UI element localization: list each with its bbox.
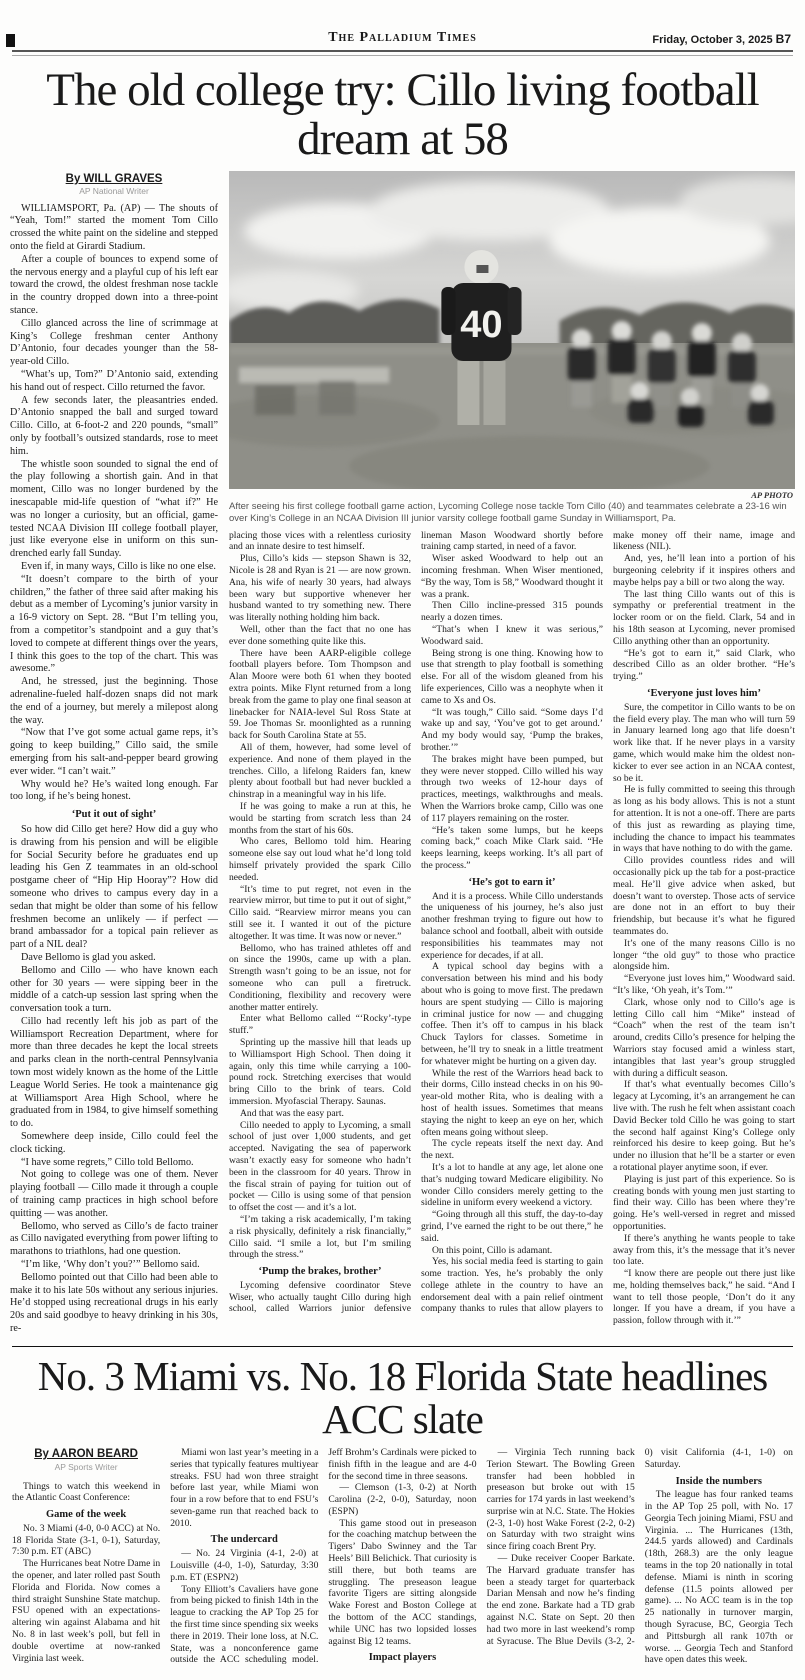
paragraph: The Hurricanes beat Notre Dame in the op…: [12, 1558, 160, 1664]
article1-byline: By WILL GRAVES: [10, 173, 218, 185]
section-subhead: The undercard: [170, 1534, 318, 1546]
article2-byline: By AARON BEARD: [12, 1449, 160, 1461]
paragraph: The whistle soon sounded to signal the e…: [10, 459, 218, 561]
paragraph: Cillo needed to apply to Lycoming, a sma…: [229, 1120, 411, 1214]
paragraph: This game stood out in preseason for the…: [328, 1518, 476, 1648]
photo-credit: AP PHOTO: [229, 490, 793, 500]
paragraph: The brakes might have been pumped, but t…: [421, 754, 603, 825]
paragraph: Somewhere deep inside, Cillo could feel …: [10, 1131, 218, 1157]
paragraph: A typical school day begins with a conve…: [421, 961, 603, 1067]
paragraph: Miami won last year’s meeting in a serie…: [170, 1447, 318, 1530]
paragraph: Well, other than the fact that no one ha…: [229, 624, 411, 648]
scan-mark: [6, 34, 15, 47]
paragraph: “What’s up, Tom?” D’Antonio said, extend…: [10, 369, 218, 395]
paragraph: Playing is just part of this experience.…: [613, 1174, 795, 1233]
paragraph: The last thing Cillo wants out of this i…: [613, 589, 795, 648]
article1-byline-role: AP National Writer: [10, 186, 218, 196]
paragraph: Clark, whose only nod to Cillo’s age is …: [613, 997, 795, 1080]
svg-text:40: 40: [460, 304, 502, 346]
paragraph: The cycle repeats itself the next day. A…: [421, 1138, 603, 1162]
paragraph: placing those vices with a relentless cu…: [229, 530, 411, 554]
paragraph: He is fully committed to seeing this thr…: [613, 784, 795, 855]
paragraph: Bellomo, who served as Cillo’s de facto …: [10, 1221, 218, 1259]
paragraph: Bellomo, who has trained athletes off an…: [229, 943, 411, 1014]
section-subhead: Game of the week: [12, 1509, 160, 1521]
paragraph: All of them, however, had some level of …: [229, 742, 411, 801]
paragraph: So how did Cillo get here? How did a guy…: [10, 824, 218, 952]
paragraph: “It’s time to put regret, not even in th…: [229, 884, 411, 943]
paragraph: Dave Bellomo is glad you asked.: [10, 952, 218, 965]
paragraph: While the rest of the Warriors head back…: [421, 1068, 603, 1139]
paragraph: If there’s anything he wants people to t…: [613, 1233, 795, 1268]
paragraph: Who cares, Bellomo told him. Hearing som…: [229, 836, 411, 883]
section-subhead: Impact players: [328, 1652, 476, 1664]
article1-first-column-text: WILLIAMSPORT, Pa. (AP) — The shouts of “…: [10, 203, 218, 1336]
paragraph: “I know there are people out there just …: [613, 1268, 795, 1327]
article-photo: 40: [229, 171, 795, 489]
paragraph: On this point, Cillo is adamant.: [421, 1245, 603, 1257]
paragraph: Wiser asked Woodward to help out an inco…: [421, 553, 603, 600]
article1-body: By WILL GRAVES AP National Writer WILLIA…: [10, 171, 795, 1336]
paragraph: If that’s what eventually becomes Cillo’…: [613, 1079, 795, 1173]
paragraph: Cillo provides countless rides and will …: [613, 855, 795, 938]
newspaper-title: The Palladium Times: [328, 30, 477, 46]
paragraph: It’s one of the many reasons Cillo is no…: [613, 938, 795, 973]
paragraph: And it is a process. While Cillo underst…: [421, 891, 603, 962]
paragraph: There have been AARP-eligible college fo…: [229, 648, 411, 742]
article2-body-text: Things to watch this weekend in the Atla…: [12, 1447, 793, 1666]
paragraph: It’s a lot to handle at any age, let alo…: [421, 1162, 603, 1209]
teammate: [568, 329, 596, 407]
paragraph: “Everyone just loves him,” Woodward said…: [613, 973, 795, 997]
article2-flow-columns: By AARON BEARD AP Sports Writer Things t…: [10, 1447, 795, 1666]
issue-date: Friday, October 3, 2025: [652, 34, 772, 46]
paragraph: “That’s when I knew it was serious,” Woo…: [421, 624, 603, 648]
section-subhead: ‘Put it out of sight’: [10, 809, 218, 822]
newspaper-page: The Palladium Times Friday, October 3, 2…: [0, 0, 805, 1680]
paragraph: The league has four ranked teams in the …: [645, 1489, 793, 1666]
paragraph: Then Cillo incline-pressed 315 pounds ne…: [421, 600, 603, 624]
article1-flow-columns: placing those vices with a relentless cu…: [229, 530, 795, 1327]
article-cillo: The old college try: Cillo living footba…: [10, 66, 795, 1336]
paragraph: Why would he? He’s waited long enough. F…: [10, 779, 218, 805]
paragraph: Plus, Cillo’s kids — stepson Shawn is 32…: [229, 553, 411, 624]
masthead: The Palladium Times Friday, October 3, 2…: [10, 30, 795, 50]
paragraph: “I’m taking a risk academically, I’m tak…: [229, 1214, 411, 1261]
paragraph: Being strong is one thing. Knowing how t…: [421, 648, 603, 707]
section-subhead: Inside the numbers: [645, 1476, 793, 1488]
paragraph: “I’m like, ‘Why don’t you?’” Bellomo sai…: [10, 1259, 218, 1272]
paragraph: Enter what Bellomo called “‘Rocky’-type …: [229, 1013, 411, 1037]
paragraph: Bellomo pointed out that Cillo had been …: [10, 1272, 218, 1336]
section-subhead: ‘Pump the brakes, brother’: [229, 1266, 411, 1278]
paragraph: Bellomo and Cillo — who have known each …: [10, 965, 218, 1016]
masthead-date: Friday, October 3, 2025 B7: [477, 32, 791, 46]
paragraph: After a couple of bounces to expend some…: [10, 254, 218, 318]
teammate: [648, 331, 676, 407]
paragraph: And, he stressed, just the beginning. Th…: [10, 676, 218, 727]
paragraph: “He’s got to earn it,” said Clark, who d…: [613, 648, 795, 683]
paragraph: A few seconds later, the pleasantries en…: [10, 395, 218, 459]
paragraph: “Going through all this stuff, the day-t…: [421, 1209, 603, 1244]
paragraph: And that was the easy part.: [229, 1108, 411, 1120]
paragraph: “I have some regrets,” Cillo told Bellom…: [10, 1157, 218, 1170]
paragraph: Sprinting up the massive hill that leads…: [229, 1037, 411, 1108]
paragraph: And, yes, he’ll lean into a portion of h…: [613, 553, 795, 588]
paragraph: — Virginia Tech running back Terion Stew…: [487, 1447, 635, 1553]
paragraph: Sure, the competitor in Cillo wants to b…: [613, 702, 795, 785]
paragraph: WILLIAMSPORT, Pa. (AP) — The shouts of “…: [10, 203, 218, 254]
paragraph: “It doesn’t compare to the birth of your…: [10, 574, 218, 676]
masthead-rule: [12, 50, 793, 56]
article1-column-1: By WILL GRAVES AP National Writer WILLIA…: [10, 171, 218, 1336]
paragraph: Things to watch this weekend in the Atla…: [12, 1481, 160, 1505]
article-divider-rule: [12, 1346, 793, 1347]
paragraph: — No. 24 Virginia (4-1, 2-0) at Louisvil…: [170, 1548, 318, 1583]
paragraph: Even if, in many ways, Cillo is like no …: [10, 561, 218, 574]
article2-byline-role: AP Sports Writer: [12, 1462, 160, 1474]
paragraph: — Clemson (1-3, 0-2) at North Carolina (…: [328, 1482, 476, 1517]
paragraph: “He’s taken some lumps, but he keeps com…: [421, 825, 603, 872]
paragraph: Cillo had recently left his job as part …: [10, 1016, 218, 1131]
paragraph: No. 3 Miami (4-0, 0-0 ACC) at No. 18 Flo…: [12, 1523, 160, 1558]
section-subhead: ‘He’s got to earn it’: [421, 877, 603, 889]
photo-caption: After seeing his first college football …: [229, 501, 795, 525]
article-acc: No. 3 Miami vs. No. 18 Florida State hea…: [10, 1355, 795, 1666]
photo-block: 40 AP PHOTO After seeing his first colle…: [229, 171, 795, 525]
paragraph: If he was going to make a run at this, h…: [229, 801, 411, 836]
article1-right-area: 40 AP PHOTO After seeing his first colle…: [229, 171, 795, 1336]
page-number: B7: [776, 32, 791, 46]
paragraph: Not going to college was one of them. Ne…: [10, 1169, 218, 1220]
paragraph: “It was tough,” Cillo said. “Some days I…: [421, 707, 603, 754]
article1-byline-block: By WILL GRAVES AP National Writer: [10, 173, 218, 196]
paragraph: Cillo glanced across the line of scrimma…: [10, 318, 218, 369]
article1-headline: The old college try: Cillo living footba…: [10, 66, 795, 165]
section-subhead: ‘Everyone just loves him’: [613, 688, 795, 700]
paragraph: “Now that I’ve got some actual game reps…: [10, 727, 218, 778]
article2-headline: No. 3 Miami vs. No. 18 Florida State hea…: [10, 1355, 795, 1441]
article2-byline-block: By AARON BEARD AP Sports Writer: [12, 1449, 160, 1474]
